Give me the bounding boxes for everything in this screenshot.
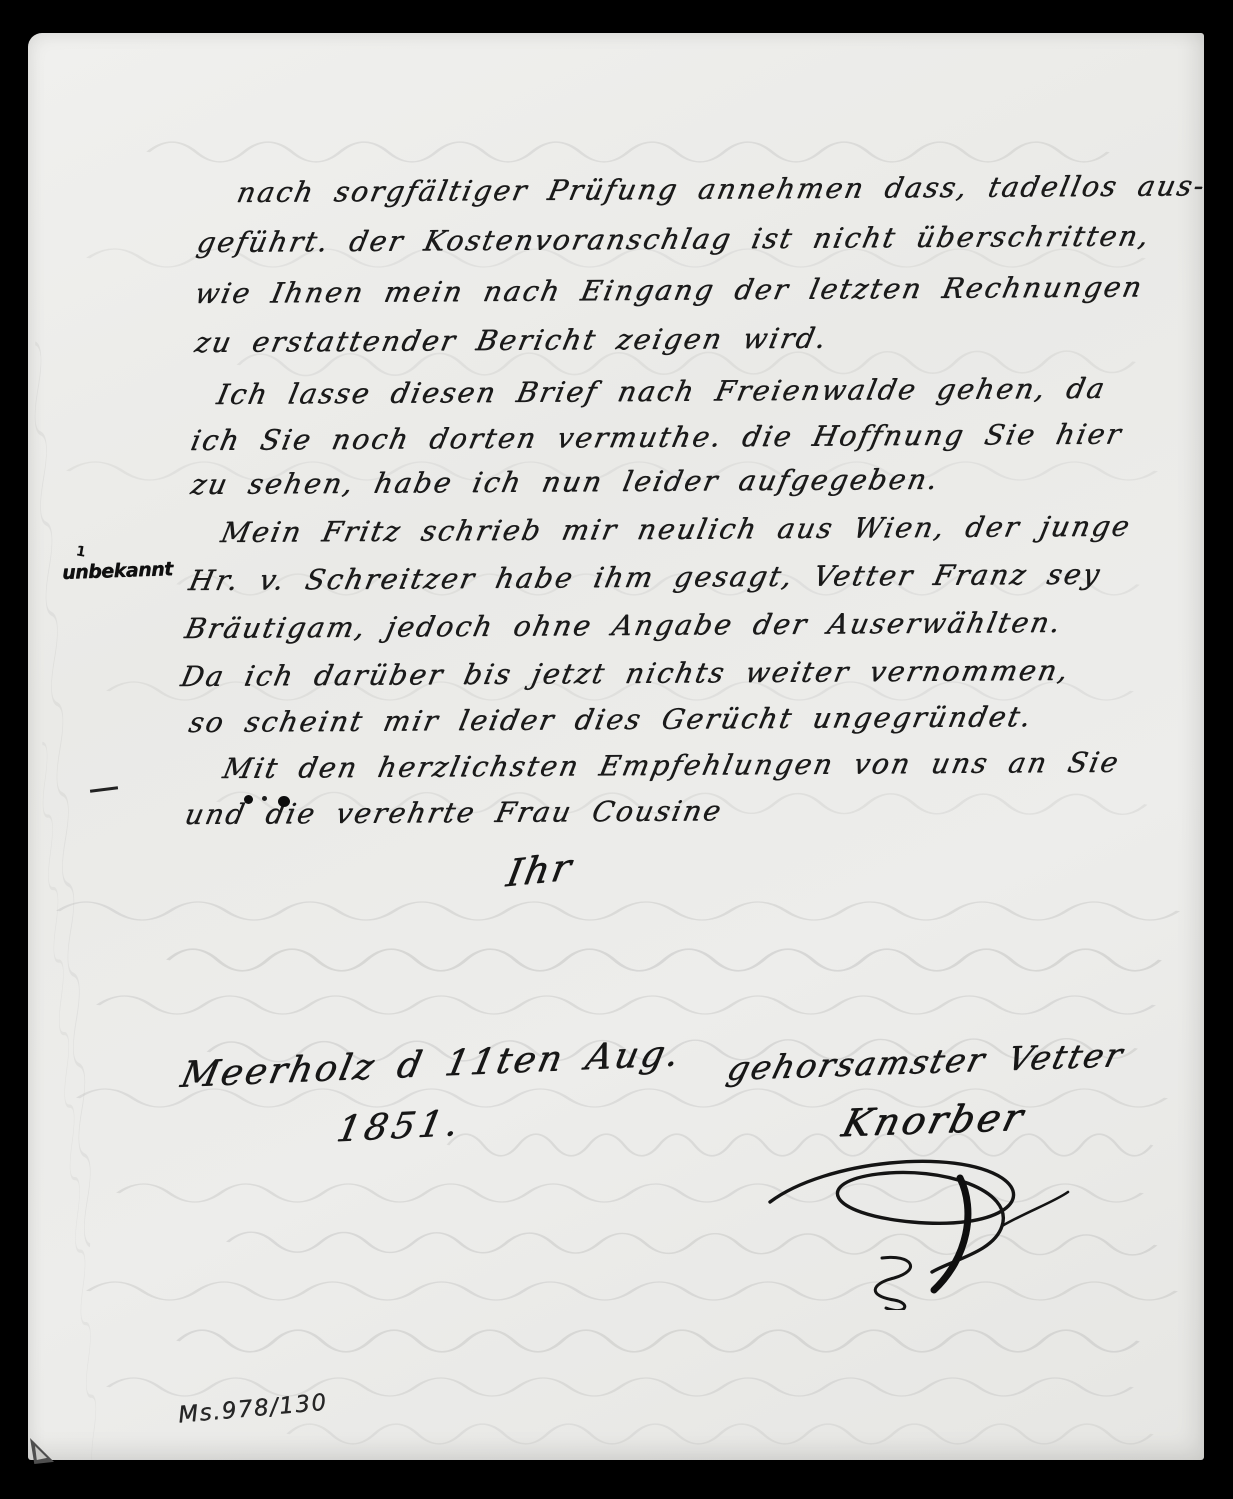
- ink-blot: [262, 796, 267, 801]
- letter-line: Ich lasse diesen Brief nach Freienwalde …: [208, 372, 1109, 411]
- letter-line: Mit den herzlichsten Empfehlungen von un…: [214, 746, 1123, 785]
- letter-line: Bräutigam, jedoch ohne Angabe der Auserw…: [182, 606, 1065, 645]
- scanned-letter-page: nach sorgfältiger Prüfung annehmen dass,…: [0, 0, 1233, 1499]
- letter-line: Mein Fritz schrieb mir neulich aus Wien,…: [212, 510, 1134, 549]
- year-line: 1851.: [333, 1103, 466, 1150]
- valediction: Ihr: [503, 845, 576, 895]
- letter-line: Da ich darüber bis jetzt nichts weiter v…: [178, 654, 1073, 693]
- letter-line: zu erstattender Bericht zeigen wird.: [192, 322, 831, 359]
- letter-line: geführt. der Kostenvoranschlag ist nicht…: [194, 219, 1154, 259]
- signature-flourish: [756, 1140, 1076, 1310]
- letter-line: nach sorgfältiger Prüfung annehmen dass,…: [228, 169, 1209, 209]
- letter-line: ich Sie noch dorten vermuthe. die Hoffnu…: [188, 418, 1126, 457]
- letter-line: so scheint mir leider dies Gerücht ungeg…: [186, 700, 1036, 739]
- letter-line: wie Ihnen mein nach Eingang der letzten …: [192, 270, 1147, 310]
- letter-line: Hr. v. Schreitzer habe ihm gesagt, Vette…: [186, 558, 1104, 597]
- signature: Knorber: [838, 1095, 1031, 1145]
- ink-blot: [244, 795, 253, 804]
- margin-note: unbekannt: [62, 558, 173, 584]
- letter-line: zu sehen, habe ich nun leider aufgegeben…: [188, 463, 943, 501]
- ink-blot: [278, 796, 290, 807]
